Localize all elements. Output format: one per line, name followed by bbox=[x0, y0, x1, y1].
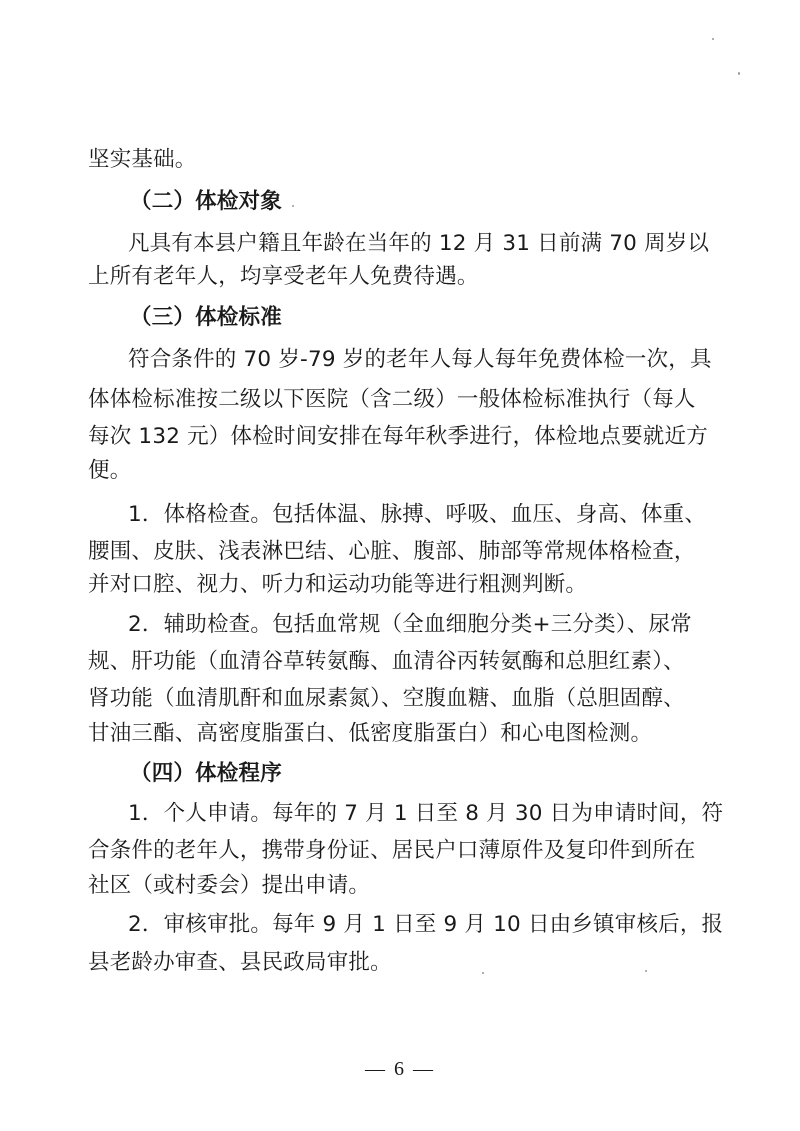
section-heading-exam-targets: （二）体检对象 bbox=[130, 188, 770, 216]
scan-speck bbox=[292, 205, 294, 207]
document-page: 坚实基础。 （二）体检对象 凡具有本县户籍且年龄在当年的 12 月 31 日前满… bbox=[0, 0, 800, 1131]
paragraph-line: 凡具有本县户籍且年龄在当年的 12 月 31 日前满 70 周岁以 bbox=[128, 230, 768, 258]
scan-speck bbox=[738, 72, 740, 75]
paragraph-line: 并对口腔、视力、听力和运动功能等进行粗测判断。 bbox=[88, 571, 728, 599]
list-item-physical-exam: 1．体格检查。包括体温、脉搏、呼吸、血压、身高、体重、 bbox=[128, 501, 768, 529]
paragraph-continuation: 坚实基础。 bbox=[88, 146, 728, 174]
section-heading-exam-procedure: （四）体检程序 bbox=[130, 760, 770, 788]
list-item-review-approval: 2．审核审批。每年 9 月 1 日至 9 月 10 日由乡镇审核后，报 bbox=[128, 911, 768, 939]
scan-speck bbox=[712, 38, 714, 40]
paragraph-line: 便。 bbox=[88, 457, 728, 485]
paragraph-line: 合条件的老年人，携带身份证、居民户口薄原件及复印件到所在 bbox=[88, 837, 728, 865]
page-number: — 6 — bbox=[0, 1058, 800, 1081]
paragraph-line: 腰围、皮肤、浅表淋巴结、心脏、腹部、肺部等常规体格检查， bbox=[88, 538, 728, 566]
paragraph-line: 规、肝功能（血清谷草转氨酶、血清谷丙转氨酶和总胆红素）、 bbox=[88, 648, 728, 676]
paragraph-line: 体体检标准按二级以下医院（含二级）一般体检标准执行（每人 bbox=[88, 386, 728, 414]
list-item-auxiliary-exam: 2．辅助检查。包括血常规（全血细胞分类+三分类）、尿常 bbox=[128, 611, 768, 639]
paragraph-line: 县老龄办审查、县民政局审批。 bbox=[88, 949, 728, 977]
list-item-personal-application: 1．个人申请。每年的 7 月 1 日至 8 月 30 日为申请时间，符 bbox=[128, 800, 768, 828]
paragraph-line: 社区（或村委会）提出申请。 bbox=[88, 872, 728, 900]
paragraph-line: 每次 132 元）体检时间安排在每年秋季进行，体检地点要就近方 bbox=[88, 423, 728, 451]
section-heading-exam-standards: （三）体检标准 bbox=[130, 304, 770, 332]
paragraph-line: 肾功能（血清肌酐和血尿素氮）、空腹血糖、血脂（总胆固醇、 bbox=[88, 685, 728, 713]
scan-speck bbox=[482, 972, 484, 974]
paragraph-line: 甘油三酯、高密度脂蛋白、低密度脂蛋白）和心电图检测。 bbox=[88, 720, 728, 748]
paragraph-line: 上所有老年人，均享受老年人免费待遇。 bbox=[88, 263, 728, 291]
scan-speck bbox=[645, 970, 647, 972]
paragraph-line: 符合条件的 70 岁-79 岁的老年人每人每年免费体检一次，具 bbox=[128, 346, 768, 374]
